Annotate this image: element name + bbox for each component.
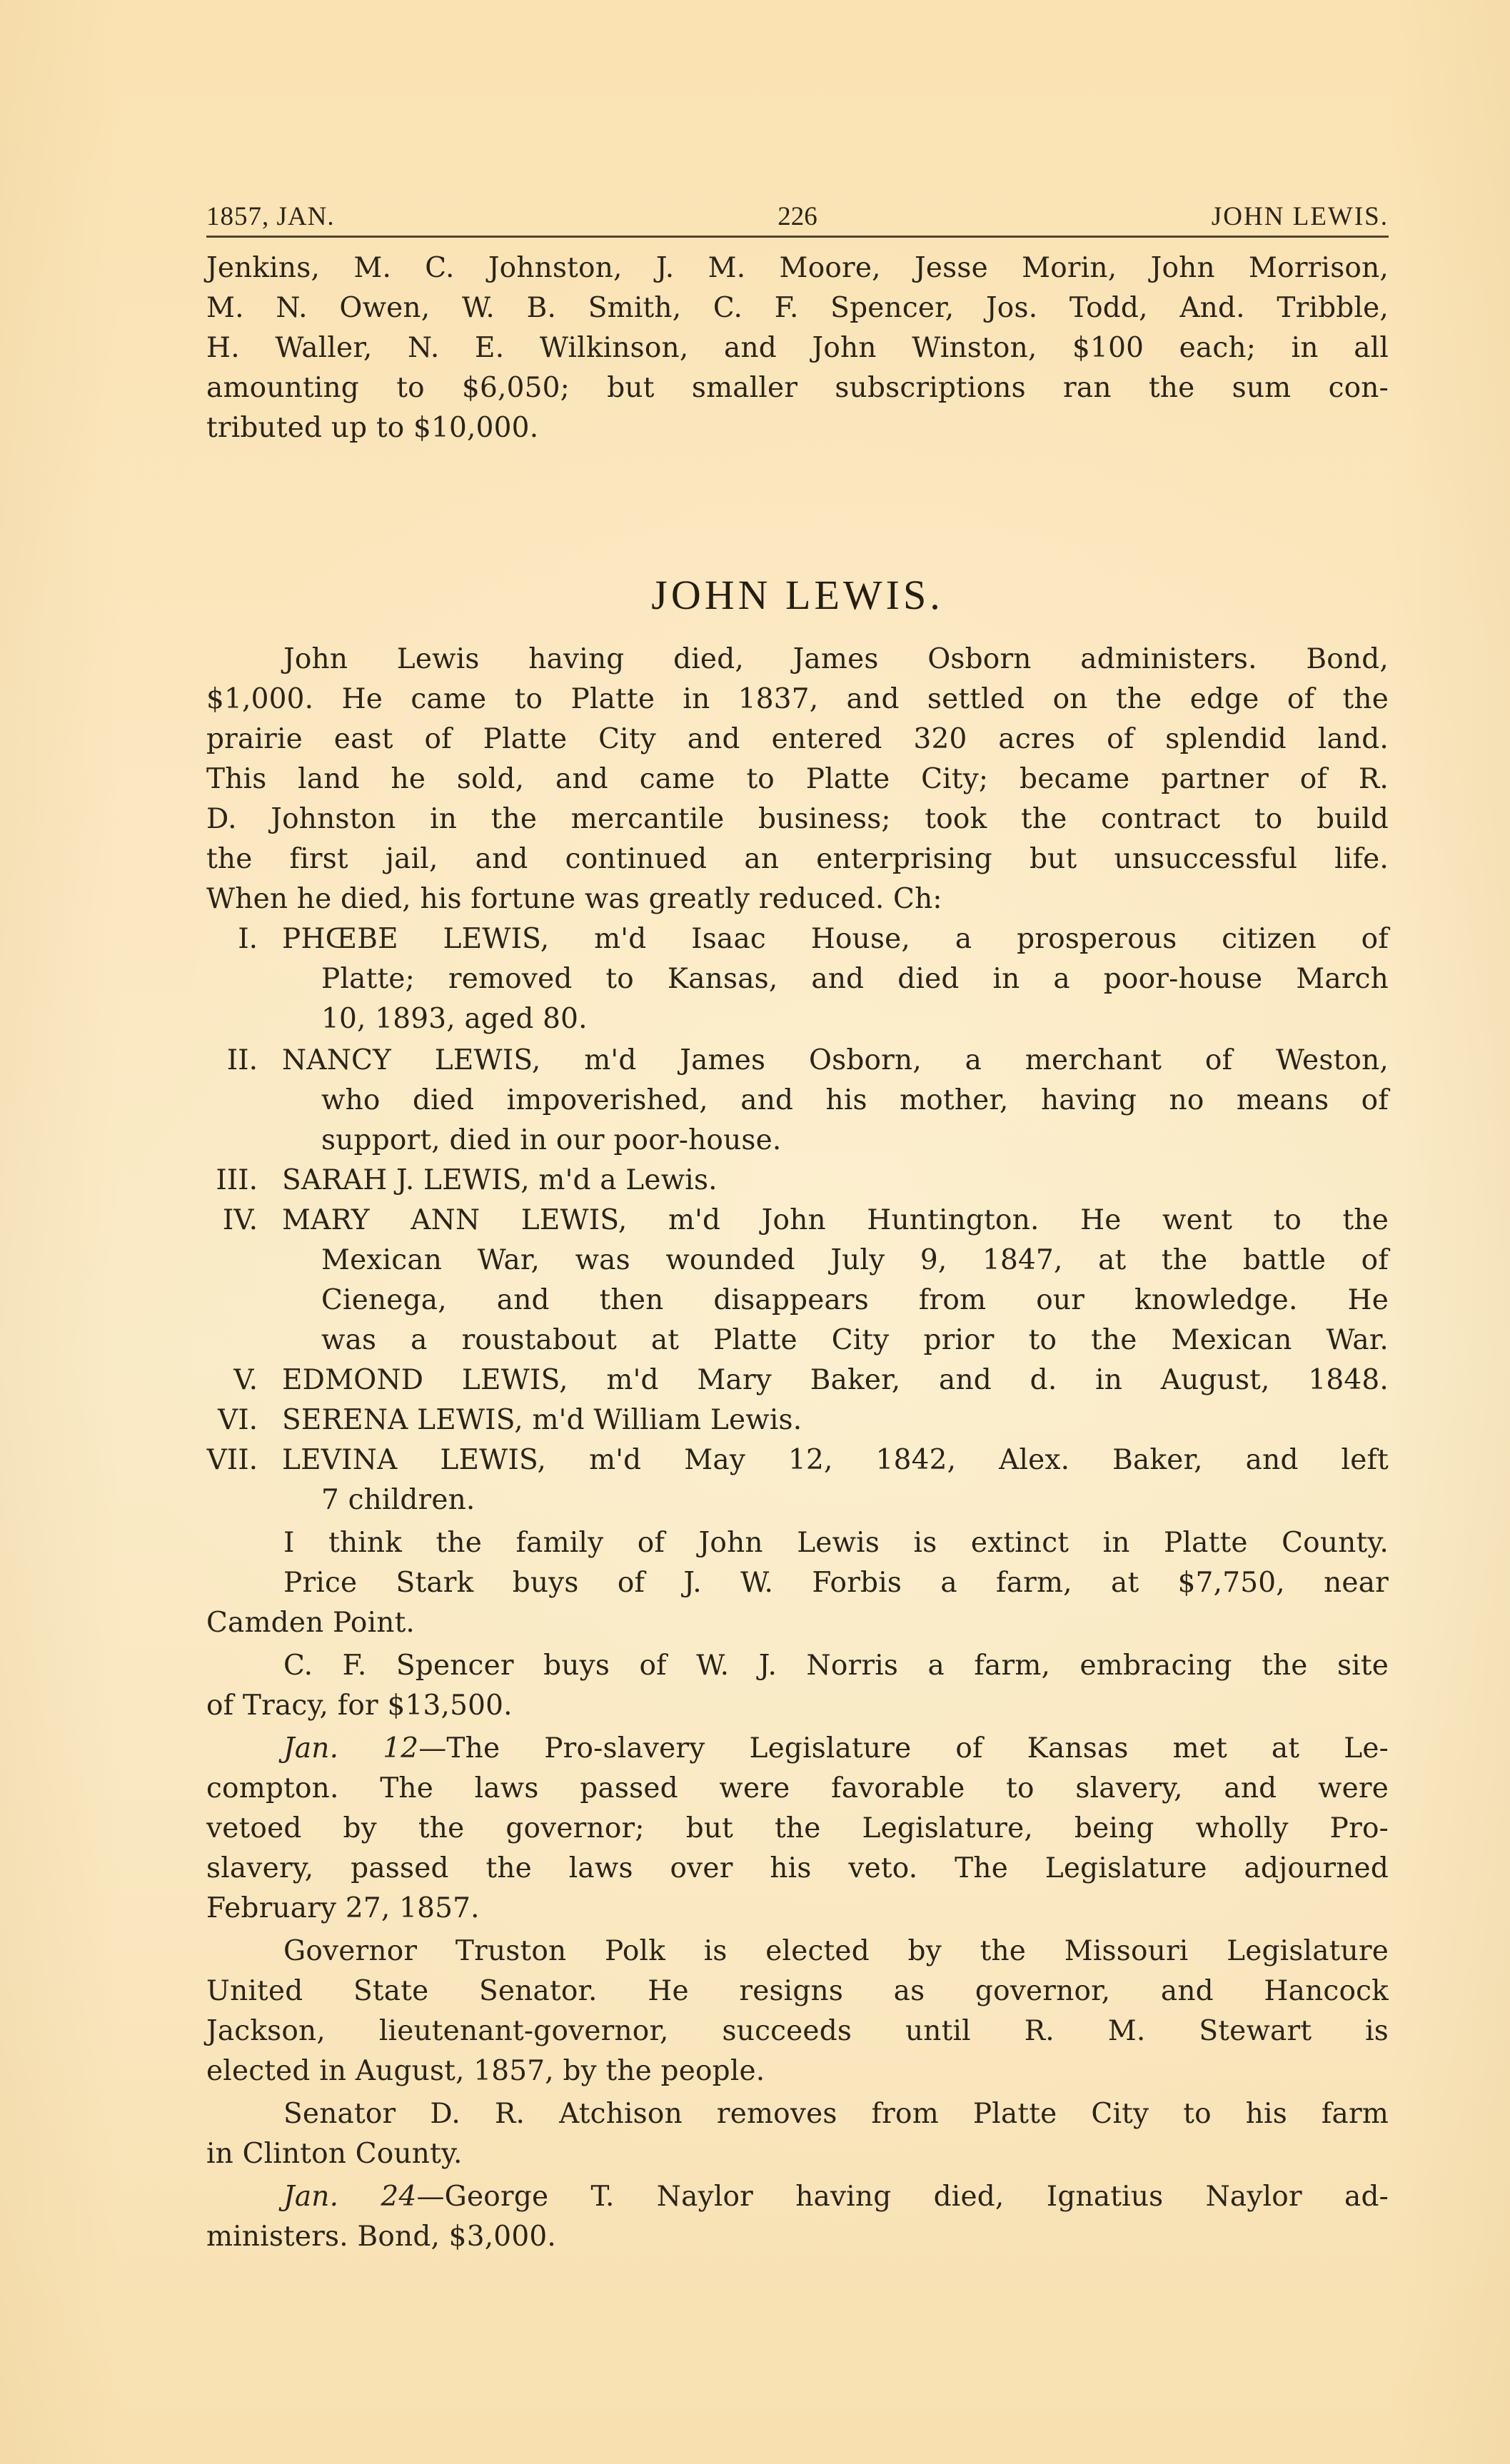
text-line: of Tracy, for $13,500. — [206, 1686, 1389, 1726]
text-line: elected in August, 1857, by the people. — [206, 2051, 1389, 2091]
date-label: Jan. 24 — [283, 2181, 416, 2213]
text-line: This land he sold, and came to Platte Ci… — [206, 759, 1389, 799]
text-line: Platte; removed to Kansas, and died in a… — [321, 959, 1389, 999]
text-line: United State Senator. He resigns as gove… — [206, 1971, 1389, 2011]
text-line: Cienega, and then disappears from our kn… — [321, 1281, 1389, 1321]
text-line: Mexican War, was wounded July 9, 1847, a… — [321, 1241, 1389, 1281]
text-line: MARY ANN LEWIS, m'd John Huntington. He … — [282, 1201, 1389, 1241]
running-head: 1857, JAN. 226 JOHN LEWIS. — [206, 201, 1389, 233]
text-line: PHŒBE LEWIS, m'd Isaac House, a prospero… — [282, 919, 1389, 959]
text-line: 10, 1893, aged 80. — [321, 999, 1389, 1039]
text-line: Camden Point. — [206, 1603, 1389, 1643]
text-line: slavery, passed the laws over his veto. … — [206, 1849, 1389, 1889]
section-title: JOHN LEWIS. — [206, 571, 1389, 619]
text-line: prairie east of Platte City and entered … — [206, 719, 1389, 759]
text-line: Jan. 24—George T. Naylor having died, Ig… — [283, 2177, 1389, 2217]
text-line: compton. The laws passed were favorable … — [206, 1769, 1389, 1809]
roman-numeral: IV. — [206, 1201, 258, 1241]
text-line: vetoed by the governor; but the Legislat… — [206, 1809, 1389, 1849]
text-line: LEVINA LEWIS, m'd May 12, 1842, Alex. Ba… — [282, 1440, 1389, 1480]
text-line: SARAH J. LEWIS, m'd a Lewis. — [282, 1161, 1389, 1201]
text-line: was a roustabout at Platte City prior to… — [321, 1321, 1389, 1360]
roman-numeral: III. — [206, 1161, 258, 1201]
text-line: Senator D. R. Atchison removes from Plat… — [283, 2094, 1389, 2134]
roman-numeral: VII. — [206, 1440, 258, 1480]
text-line: I think the family of John Lewis is exti… — [283, 1523, 1389, 1563]
text-line: $1,000. He came to Platte in 1837, and s… — [206, 680, 1389, 719]
book-page: 1857, JAN. 226 JOHN LEWIS. Jenkins, M. C… — [0, 0, 1510, 2464]
text-line: John Lewis having died, James Osborn adm… — [283, 640, 1389, 680]
text-line: the first jail, and continued an enterpr… — [206, 839, 1389, 879]
text-line: Price Stark buys of J. W. Forbis a farm,… — [283, 1563, 1389, 1603]
text-line: D. Johnston in the mercantile business; … — [206, 799, 1389, 839]
running-head-title: JOHN LEWIS. — [1212, 201, 1389, 232]
text-line: ministers. Bond, $3,000. — [206, 2217, 1389, 2257]
text-line: support, died in our poor-house. — [321, 1121, 1389, 1161]
text-line: tributed up to $10,000. — [206, 408, 1389, 448]
text-line: Jackson, lieutenant-governor, succeeds u… — [206, 2011, 1389, 2051]
text-line: H. Waller, N. E. Wilkinson, and John Win… — [206, 328, 1389, 368]
roman-numeral: VI. — [206, 1400, 258, 1440]
text-line: February 27, 1857. — [206, 1889, 1389, 1929]
text-line: NANCY LEWIS, m'd James Osborn, a merchan… — [282, 1041, 1389, 1081]
date-label: Jan. 12 — [283, 1732, 418, 1764]
text-line: When he died, his fortune was greatly re… — [206, 879, 1389, 919]
text-line: amounting to $6,050; but smaller subscri… — [206, 368, 1389, 408]
text-line: Jan. 12—The Pro-slavery Legislature of K… — [283, 1729, 1389, 1769]
text-line: C. F. Spencer buys of W. J. Norris a far… — [283, 1646, 1389, 1686]
text-line: Jenkins, M. C. Johnston, J. M. Moore, Je… — [206, 248, 1389, 288]
text-line: in Clinton County. — [206, 2134, 1389, 2174]
text-line: EDMOND LEWIS, m'd Mary Baker, and d. in … — [282, 1360, 1389, 1400]
roman-numeral: I. — [206, 919, 258, 959]
text-line: M. N. Owen, W. B. Smith, C. F. Spencer, … — [206, 288, 1389, 328]
roman-numeral: V. — [206, 1360, 258, 1400]
text-line: 7 children. — [321, 1480, 1389, 1520]
text-line: who died impoverished, and his mother, h… — [321, 1081, 1389, 1121]
text-line: Governor Truston Polk is elected by the … — [283, 1932, 1389, 1971]
text-line: SERENA LEWIS, m'd William Lewis. — [282, 1400, 1389, 1440]
roman-numeral: II. — [206, 1041, 258, 1081]
header-rule — [206, 236, 1389, 238]
